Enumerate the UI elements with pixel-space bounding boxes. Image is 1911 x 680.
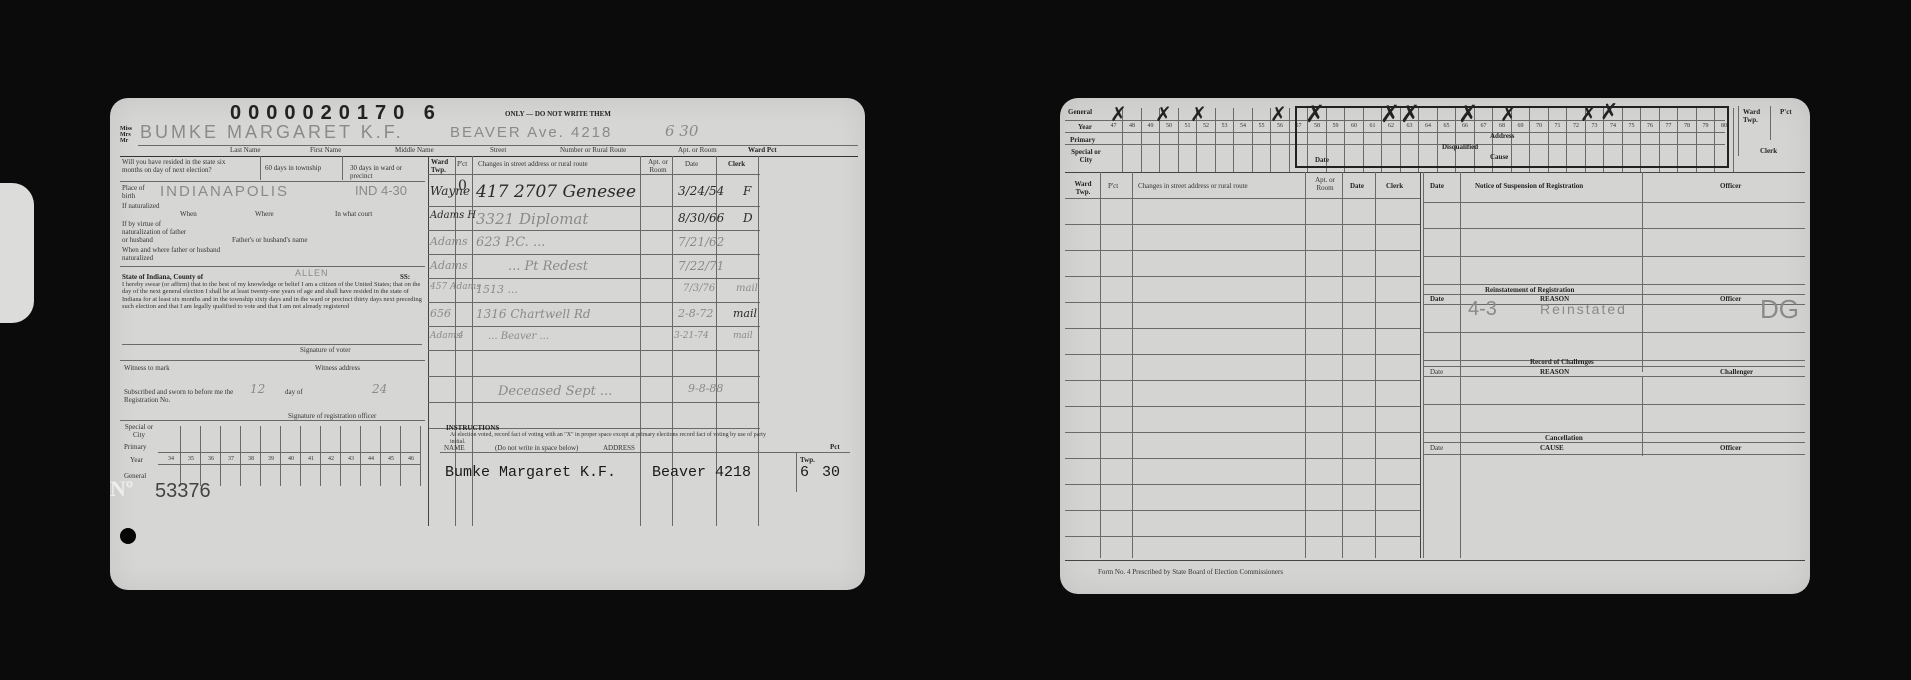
col-apt-room: Apt. or Room [644, 158, 672, 174]
reinstatement-title: Reinstatement of Registration [1485, 286, 1574, 294]
table-row [1065, 276, 1420, 277]
back-label-special-city: Special or City [1070, 148, 1102, 164]
label-resided-state: Will you have resided in the state six m… [122, 158, 232, 174]
name-prefix: MissMrsMr [120, 126, 134, 144]
label-pct: Pct [830, 443, 840, 451]
vote-mark: ✗ [1305, 100, 1325, 128]
table-row: Adams 623 P.C. ... 7/21/62 [428, 230, 760, 254]
table-row [1065, 328, 1420, 329]
label-when-where-father: When and where father or husband natural… [122, 246, 222, 262]
table-row: 457 Adams 1513 ... 7/3/76 mail [428, 278, 760, 302]
reinstatement-date-label: Date [1430, 295, 1444, 303]
table-row: 656 1316 Chartwell Rd 2-8-72 mail [428, 302, 760, 326]
table-row [1065, 380, 1420, 381]
typed-pct: 30 [822, 464, 840, 481]
vote-mark: ✗ [1110, 102, 1127, 126]
year-cell: 54 [1235, 123, 1252, 129]
back-label-ward-twp-top: Ward Twp. [1743, 108, 1763, 124]
label-naturalized: If naturalized [122, 202, 162, 210]
year-cell: 35 [182, 456, 200, 462]
table-row [1065, 536, 1420, 537]
back-label-address: Address [1490, 132, 1514, 140]
back-col-date: Date [1350, 182, 1364, 190]
table-row [1065, 250, 1420, 251]
label-fathers-name: Father's or husband's name [232, 236, 307, 244]
back-col-ward-twp: Ward Twp. [1068, 180, 1098, 196]
year-cell: 34 [162, 456, 180, 462]
year-cell: 46 [402, 456, 420, 462]
back-label-disqualified: Disqualified [1442, 143, 1478, 151]
col-changes: Changes in street address or rural route [478, 160, 638, 168]
challenges-challenger-label: Challenger [1720, 368, 1753, 376]
voter-registration-card-back: General Year Primary Special or City 474… [1060, 98, 1810, 594]
label-place-of-birth: Place of birth [122, 184, 152, 200]
form-footer: Form No. 4 Prescribed by State Board of … [1098, 568, 1283, 576]
back-label-clerk-top: Clerk [1760, 147, 1777, 155]
label-middle-name: Middle Name [395, 146, 434, 154]
back-col-apt-room: Apt. or Room [1310, 176, 1340, 192]
table-row: Wayne 0 417 2707 Genesee 3/24/54 F [428, 176, 760, 206]
reg-number: 53376 [155, 480, 211, 503]
back-label-pct-top: P'ct [1780, 108, 1792, 116]
vote-mark: ✗ [1600, 100, 1618, 125]
label-street: Street [490, 146, 506, 154]
vote-mark: ✗ [1458, 100, 1478, 128]
table-row [1065, 432, 1420, 433]
label-signature-officer: Signature of registration officer [288, 412, 376, 420]
table-row [1065, 354, 1420, 355]
birth-state: IND 4-30 [355, 183, 407, 198]
table-row [1065, 224, 1420, 225]
ward-pct-top: 6 30 [665, 122, 698, 140]
suspension-date-label: Date [1430, 182, 1444, 190]
back-col-pct: P'ct [1108, 182, 1118, 190]
label-by-virtue: If by virtue of naturalization of father… [122, 220, 192, 244]
adjacent-card-edge [0, 183, 34, 323]
label-apt-room: Apt. or Room [678, 146, 717, 154]
label-first-name: First Name [310, 146, 341, 154]
col-pct: P'ct [457, 160, 467, 168]
suspension-officer-label: Officer [1720, 182, 1741, 190]
table-row: Deceased Sept ... 9-8-88 [428, 376, 760, 426]
table-row [1065, 406, 1420, 407]
vote-mark: ✗ [1190, 102, 1207, 126]
table-row [1065, 484, 1420, 485]
table-row [1065, 302, 1420, 303]
col-clerk: Clerk [728, 160, 745, 168]
cancellation-date-label: Date [1430, 444, 1443, 452]
label-twp: Twp. [800, 456, 815, 464]
back-label-date-top: Date [1315, 156, 1329, 164]
year-cell: 38 [242, 456, 260, 462]
label-number-route: Number or Rural Route [560, 146, 626, 154]
year-cell: 44 [362, 456, 380, 462]
reinstatement-officer: DG [1760, 294, 1799, 325]
label-days-ward: 30 days in ward or precinct [350, 164, 410, 180]
vote-mark: ✗ [1155, 102, 1172, 126]
vote-mark: ✗ [1400, 100, 1420, 128]
table-row: Adams H 3321 Diplomat 8/30/66 D [428, 206, 760, 230]
challenges-date-label: Date [1430, 368, 1443, 376]
cancellation-officer-label: Officer [1720, 444, 1741, 452]
serial-note: ONLY — DO NOT WRITE THEM [505, 110, 611, 118]
voter-registration-card-front: 0000020170 6 ONLY — DO NOT WRITE THEM Mi… [110, 98, 865, 590]
vote-mark: ✗ [1580, 102, 1597, 126]
county-value: ALLEN [295, 268, 329, 278]
punch-hole [120, 528, 136, 544]
year-cell: 40 [282, 456, 300, 462]
label-last-name: Last Name [230, 146, 261, 154]
year-cell: 43 [342, 456, 360, 462]
subscribed-day: 12 [250, 382, 265, 396]
table-row [1065, 510, 1420, 511]
label-ward-pct: Ward Pct [748, 146, 777, 154]
label-name: NAME [444, 444, 465, 452]
suspension-title: Notice of Suspension of Registration [1475, 182, 1583, 190]
cancellation-title: Cancellation [1545, 434, 1583, 442]
vote-mark: ✗ [1380, 100, 1400, 128]
back-label-cause-small: Cause [1490, 153, 1508, 161]
label-year: Year [130, 456, 143, 464]
label-witness-address: Witness address [315, 364, 360, 372]
year-cell: 42 [322, 456, 340, 462]
place-of-birth-value: INDIANAPOLIS [160, 183, 289, 200]
label-ss: SS: [400, 273, 410, 281]
challenges-title: Record of Challenges [1530, 358, 1594, 366]
label-reg-no: Registration No. [124, 396, 170, 404]
typed-address: Beaver 4218 [652, 464, 751, 481]
vote-mark: ✗ [1270, 102, 1287, 126]
year-cell: 41 [302, 456, 320, 462]
name-handwritten: BUMKE MARGARET K.F. [140, 122, 404, 143]
label-where: Where [255, 210, 274, 218]
back-col-clerk: Clerk [1386, 182, 1403, 190]
reinstatement-officer-label: Officer [1720, 295, 1741, 303]
oath-text: I hereby swear (or affirm) that to the b… [122, 281, 422, 310]
typed-twp: 6 [800, 464, 809, 481]
year-cell: 39 [262, 456, 280, 462]
label-special-city: Special or City [124, 423, 154, 439]
instructions-title: INSTRUCTIONS [446, 424, 499, 432]
back-label-general: General [1068, 108, 1092, 116]
challenges-reason-label: REASON [1540, 368, 1569, 376]
reinstatement-date: 4-3 [1468, 298, 1497, 321]
label-address: ADDRESS [603, 444, 635, 452]
back-label-year: Year [1078, 123, 1092, 131]
reinstatement-reason: Reinstated [1540, 301, 1627, 317]
back-label-primary: Primary [1070, 136, 1095, 144]
table-row: Adams 4 ... Beaver ... 3-21-74 mail [428, 326, 760, 350]
year-cell: 45 [382, 456, 400, 462]
col-date: Date [685, 160, 698, 168]
label-what-court: In what court [335, 210, 372, 218]
table-row: Adams ... Pt Redest 7/22/71 [428, 254, 760, 278]
year-cell: 37 [222, 456, 240, 462]
label-day-of: day of [285, 388, 303, 396]
label-state-county: State of Indiana, County of [122, 273, 203, 281]
label-primary: Primary [124, 443, 147, 451]
label-signature-voter: Signature of voter [300, 346, 351, 354]
col-ward-twp: Ward Twp. [431, 158, 455, 174]
back-col-changes: Changes in street address or rural route [1138, 182, 1248, 190]
subscribed-year: 24 [372, 382, 387, 396]
vote-mark: ✗ [1500, 102, 1517, 126]
label-when: When [180, 210, 197, 218]
year-cell: 53 [1216, 123, 1233, 129]
label-witness-mark: Witness to mark [124, 364, 170, 372]
typed-name: Bumke Margaret K.F. [445, 464, 616, 481]
cancellation-cause-label: CAUSE [1540, 444, 1564, 452]
year-cell: 55 [1253, 123, 1270, 129]
label-days-township: 60 days in township [265, 164, 325, 172]
reg-number-prefix: Nº [110, 476, 133, 502]
table-row [1065, 458, 1420, 459]
label-do-not-write: (Do not write in space below) [495, 444, 578, 452]
year-cell: 36 [202, 456, 220, 462]
label-subscribed: Subscribed and sworn to before me the [124, 388, 233, 396]
table-row [1065, 198, 1420, 199]
street-handwritten: BEAVER Ave. 4218 [450, 124, 612, 141]
